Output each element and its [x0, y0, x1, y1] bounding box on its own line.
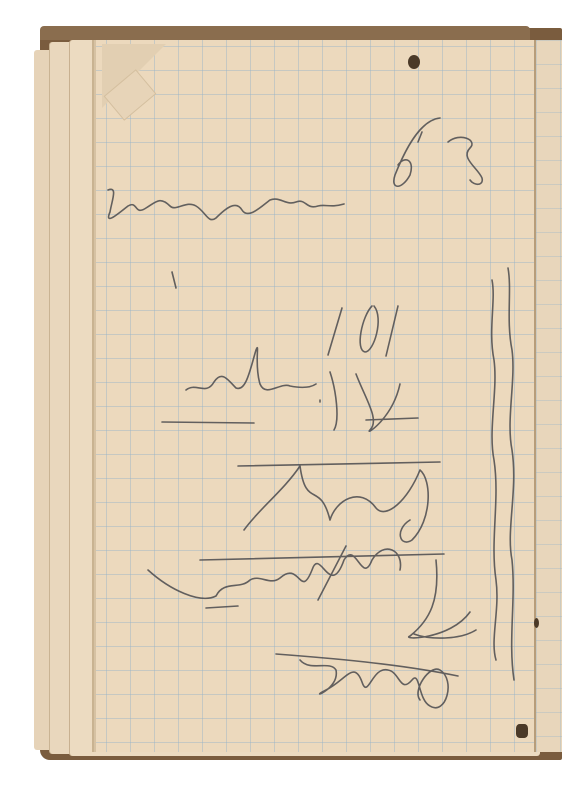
pencil-strokes-icon — [0, 0, 562, 800]
notebook-photo: 29. Szekszárd(?) 101 Dr. Lenkey Szepesi … — [0, 0, 562, 800]
handwriting — [0, 0, 562, 800]
